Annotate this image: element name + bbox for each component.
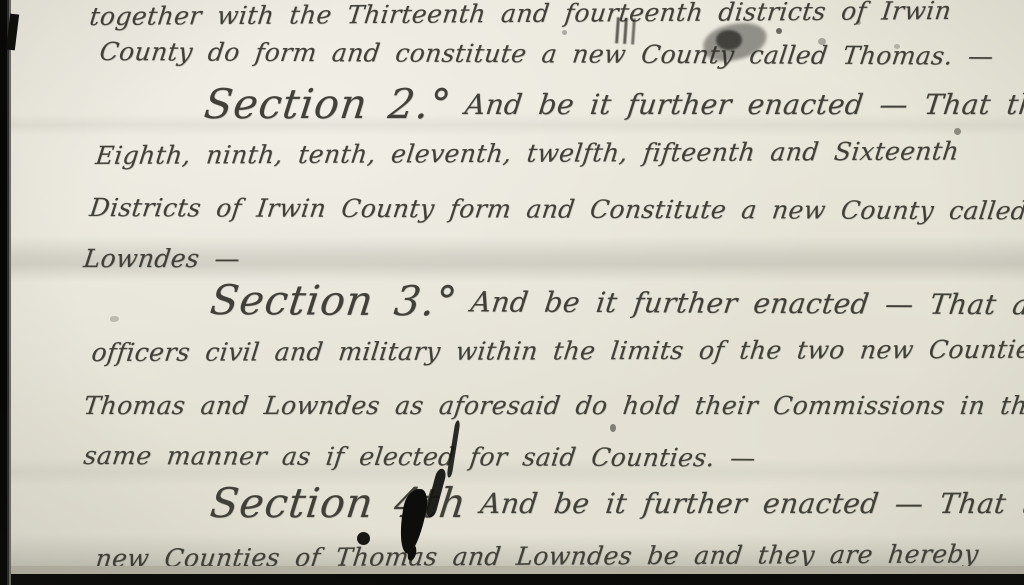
manuscript-line: together with the Thirteenth and fourtee…	[88, 0, 953, 31]
manuscript-line: Thomas and Lowndes as aforesaid do hold …	[82, 391, 1024, 420]
manuscript-line: officers civil and military within the l…	[90, 335, 1024, 367]
manuscript-page: together with the Thirteenth and fourtee…	[10, 0, 1024, 574]
section-3-text: And be it further enacted — That all	[469, 285, 1024, 321]
ink-spatter-dot	[954, 128, 961, 135]
ink-spatter-dot	[776, 28, 782, 34]
ink-spatter-dot	[818, 38, 826, 45]
section-4-line: Section 4thAnd be it further enacted — T…	[208, 483, 1024, 524]
manuscript-line: Eighth, ninth, tenth, eleventh, twelfth,…	[94, 136, 961, 170]
manuscript-line: County do form and constitute a new Coun…	[98, 37, 995, 71]
ink-spatter-dot	[610, 424, 616, 432]
section-3-heading: Section 3.°	[208, 276, 461, 325]
section-2-line: Section 2.°And be it further enacted — T…	[202, 84, 1024, 125]
section-2-text: And be it further enacted — That the	[463, 88, 1024, 121]
section-4-heading: Section 4th	[208, 479, 470, 527]
ink-spatter-dot	[110, 316, 119, 322]
section-3-line: Section 3.°And be it further enacted — T…	[208, 280, 1024, 325]
scan-border-bottom	[0, 574, 1024, 585]
section-2-heading: Section 2.°	[202, 80, 455, 128]
manuscript-line: Lowndes —	[82, 244, 242, 273]
scan-border-left	[0, 0, 11, 585]
ink-spatter-dot	[894, 44, 900, 49]
manuscript-scan: together with the Thirteenth and fourtee…	[0, 0, 1024, 585]
manuscript-line: Districts of Irwin County form and Const…	[88, 193, 1024, 225]
ink-spatter-dot	[856, 20, 861, 25]
ink-drop	[357, 532, 370, 545]
section-4-text: And be it further enacted — That the	[478, 487, 1024, 520]
ink-spatter-dot	[562, 30, 567, 35]
manuscript-line: same manner as if elected for said Count…	[82, 441, 758, 472]
